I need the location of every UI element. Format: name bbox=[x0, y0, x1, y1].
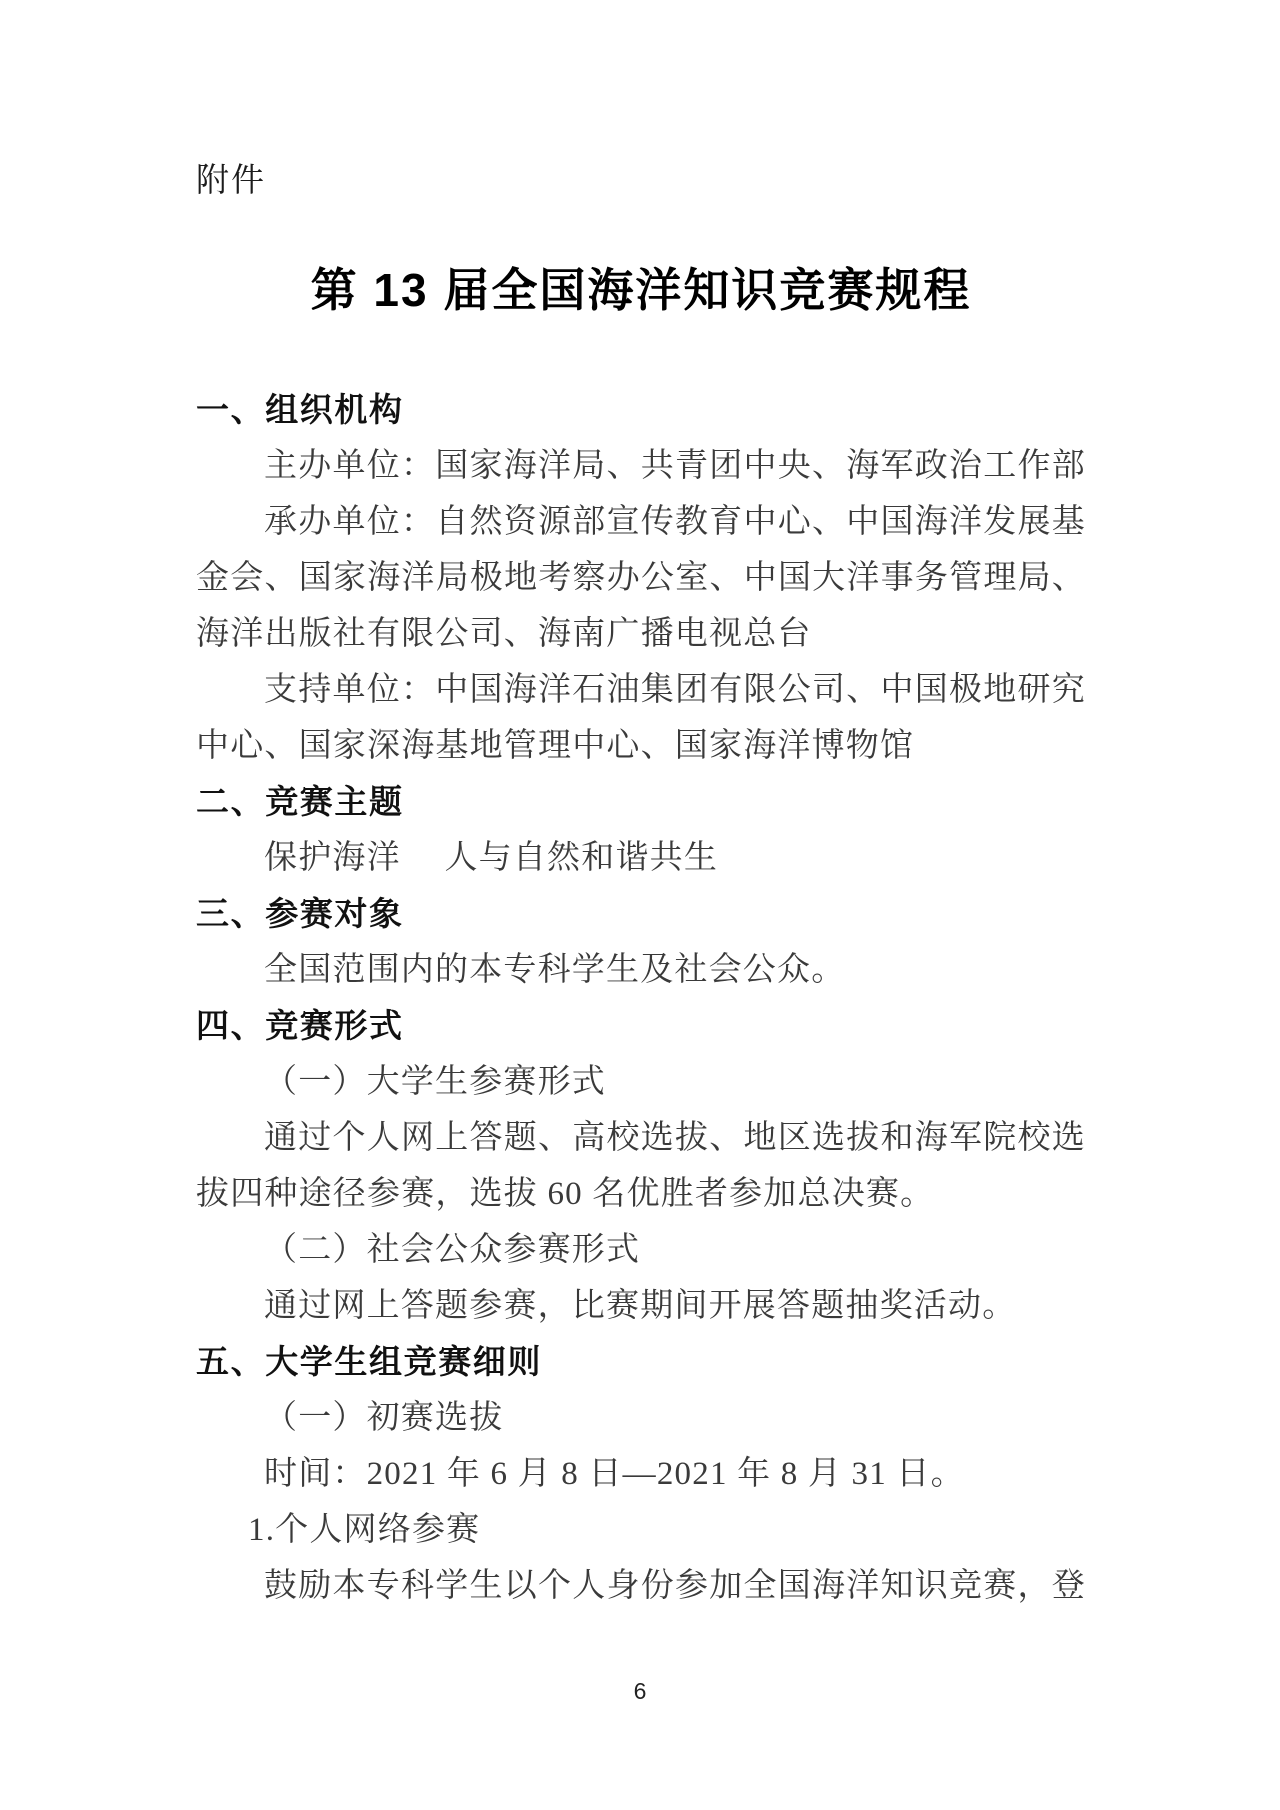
attachment-label: 附件 bbox=[196, 152, 1086, 208]
page-number: 6 bbox=[0, 1671, 1280, 1711]
subheading-preliminary-round: （一）初赛选拔 bbox=[196, 1390, 1086, 1446]
line-college-format-1: 通过个人网上答题、高校选拔、地区选拔和海军院校选 bbox=[196, 1110, 1086, 1166]
line-participants: 全国范围内的本专科学生及社会公众。 bbox=[196, 942, 1086, 998]
line-support-units-2: 中心、国家深海基地管理中心、国家海洋博物馆 bbox=[196, 718, 1086, 774]
line-public-format: 通过网上答题参赛，比赛期间开展答题抽奖活动。 bbox=[196, 1278, 1086, 1334]
heading-section-5-college-rules: 五、大学生组竞赛细则 bbox=[196, 1334, 1086, 1390]
heading-section-4-format: 四、竞赛形式 bbox=[196, 998, 1086, 1054]
subheading-public-format: （二）社会公众参赛形式 bbox=[196, 1222, 1086, 1278]
subheading-college-format: （一）大学生参赛形式 bbox=[196, 1054, 1086, 1110]
line-preliminary-time: 时间：2021 年 6 月 8 日—2021 年 8 月 31 日。 bbox=[196, 1446, 1086, 1502]
heading-section-1-organization: 一、组织机构 bbox=[196, 382, 1086, 438]
line-organizer-units-3: 海洋出版社有限公司、海南广播电视总台 bbox=[196, 606, 1086, 662]
line-competition-theme: 保护海洋 人与自然和谐共生 bbox=[196, 830, 1086, 886]
heading-section-3-participants: 三、参赛对象 bbox=[196, 886, 1086, 942]
document-content: 附件 第 13 届全国海洋知识竞赛规程 一、组织机构 主办单位：国家海洋局、共青… bbox=[196, 152, 1086, 1614]
subheading-individual-online: 1.个人网络参赛 bbox=[196, 1502, 1086, 1558]
page-title: 第 13 届全国海洋知识竞赛规程 bbox=[196, 255, 1086, 325]
line-organizer-units-1: 承办单位：自然资源部宣传教育中心、中国海洋发展基 bbox=[196, 494, 1086, 550]
line-individual-online-1: 鼓励本专科学生以个人身份参加全国海洋知识竞赛，登 bbox=[196, 1558, 1086, 1614]
document-page: 附件 第 13 届全国海洋知识竞赛规程 一、组织机构 主办单位：国家海洋局、共青… bbox=[0, 0, 1280, 1810]
line-support-units-1: 支持单位：中国海洋石油集团有限公司、中国极地研究 bbox=[196, 662, 1086, 718]
line-host-units: 主办单位：国家海洋局、共青团中央、海军政治工作部 bbox=[196, 438, 1086, 494]
heading-section-2-theme: 二、竞赛主题 bbox=[196, 774, 1086, 830]
line-organizer-units-2: 金会、国家海洋局极地考察办公室、中国大洋事务管理局、 bbox=[196, 550, 1086, 606]
line-college-format-2: 拔四种途径参赛，选拔 60 名优胜者参加总决赛。 bbox=[196, 1166, 1086, 1222]
